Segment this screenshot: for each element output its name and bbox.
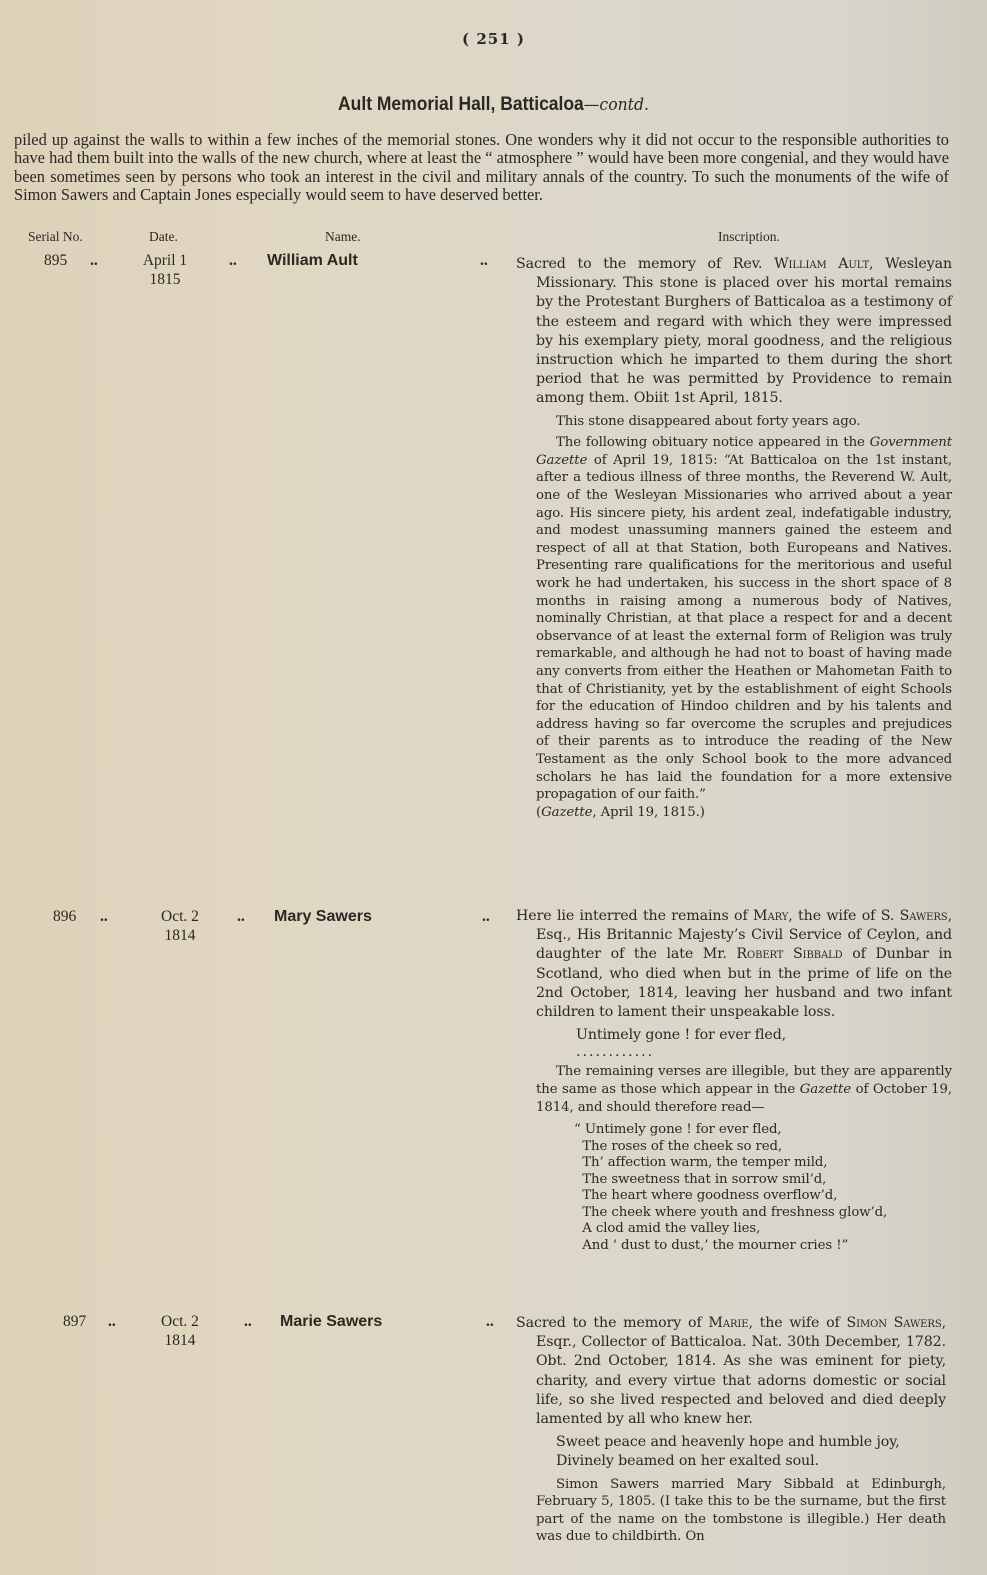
column-header-name: Name. [325, 229, 361, 245]
note-illegible-verses: The remaining verses are illegible, but … [536, 1063, 952, 1116]
verse-opening: Untimely gone ! for ever fled, [576, 1026, 952, 1045]
column-header-date: Date. [149, 229, 178, 245]
note-disappeared: This stone disappeared about forty years… [536, 413, 952, 431]
entry-serial: 895 [44, 252, 67, 270]
inscription-text: Sacred to the memory of Marie, the wife … [536, 1314, 946, 1429]
note-obituary: The following obituary notice appeared i… [536, 434, 952, 803]
entry-date-line1: Oct. 2 [145, 908, 215, 926]
leader-dots: .. [486, 1313, 494, 1331]
inscription-notes: The remaining verses are illegible, but … [536, 1063, 952, 1116]
intro-paragraph: piled up against the walls to within a f… [14, 131, 949, 204]
entry-date-line2: 1814 [145, 927, 215, 945]
inscription-notes: This stone disappeared about forty years… [536, 413, 952, 822]
page-number: ( 251 ) [0, 30, 987, 48]
entry-row-895: 895 .. April 1 1815 .. William Ault .. [0, 252, 520, 292]
entry-date-line1: April 1 [130, 252, 200, 270]
leader-dots: .. [100, 908, 108, 926]
leader-dots: .. [244, 1313, 252, 1331]
leader-dots: .. [108, 1313, 116, 1331]
leader-dots: .. [482, 908, 490, 926]
poem-line: The sweetness that in sorrow smil’d, [574, 1172, 952, 1189]
entry-name: Marie Sawers [280, 1313, 382, 1331]
inscription-895: Sacred to the memory of Rev. William Aul… [536, 255, 952, 821]
entry-date-line2: 1814 [145, 1332, 215, 1350]
note-marriage: Simon Sawers married Mary Sibbald at Edi… [536, 1476, 946, 1546]
entry-name: William Ault [267, 252, 358, 270]
inscription-text: Here lie interred the remains of Mary, t… [536, 907, 952, 1022]
poem-line: The roses of the cheek so red, [574, 1139, 952, 1156]
verse-omitted-leaders: ............ [576, 1045, 952, 1059]
entry-serial: 897 [63, 1313, 86, 1331]
inscription-text: Sacred to the memory of Rev. William Aul… [536, 255, 952, 409]
entry-serial: 896 [53, 908, 76, 926]
note-citation: (Gazette, April 19, 1815.) [536, 804, 952, 822]
verse-line: Divinely beamed on her exalted soul. [556, 1452, 946, 1471]
inscription-notes: Simon Sawers married Mary Sibbald at Edi… [536, 1476, 946, 1546]
poem-line: The cheek where youth and freshness glow… [574, 1205, 952, 1222]
verse-line: Sweet peace and heavenly hope and humble… [556, 1433, 946, 1452]
section-heading: Ault Memorial Hall, Batticaloa—contd. [39, 94, 947, 116]
poem-line: “ Untimely gone ! for ever fled, [574, 1122, 952, 1139]
poem-line: A clod amid the valley lies, [574, 1221, 952, 1238]
entry-row-896: 896 .. Oct. 2 1814 .. Mary Sawers .. [0, 908, 520, 948]
entry-row-897: 897 .. Oct. 2 1814 .. Marie Sawers .. [0, 1313, 520, 1353]
section-title-suffix: —contd. [584, 95, 649, 115]
column-header-serial: Serial No. [28, 229, 83, 245]
leader-dots: .. [229, 252, 237, 270]
poem-line: And ‘ dust to dust,’ the mourner cries !… [574, 1238, 952, 1255]
poem-line: Th’ affection warm, the temper mild, [574, 1155, 952, 1172]
entry-date-line1: Oct. 2 [145, 1313, 215, 1331]
inscription-896: Here lie interred the remains of Mary, t… [536, 907, 952, 1254]
entry-name: Mary Sawers [274, 908, 372, 926]
column-header-inscription: Inscription. [718, 229, 780, 245]
poem: “ Untimely gone ! for ever fled, The ros… [574, 1122, 952, 1254]
leader-dots: .. [90, 252, 98, 270]
verse: Sweet peace and heavenly hope and humble… [556, 1433, 946, 1471]
poem-line: The heart where goodness overflow’d, [574, 1188, 952, 1205]
leader-dots: .. [480, 252, 488, 270]
document-page: ( 251 ) Ault Memorial Hall, Batticaloa—c… [0, 0, 987, 1575]
section-title: Ault Memorial Hall, Batticaloa [338, 94, 584, 115]
leader-dots: .. [237, 908, 245, 926]
entry-date-line2: 1815 [130, 271, 200, 289]
inscription-897: Sacred to the memory of Marie, the wife … [536, 1314, 946, 1546]
